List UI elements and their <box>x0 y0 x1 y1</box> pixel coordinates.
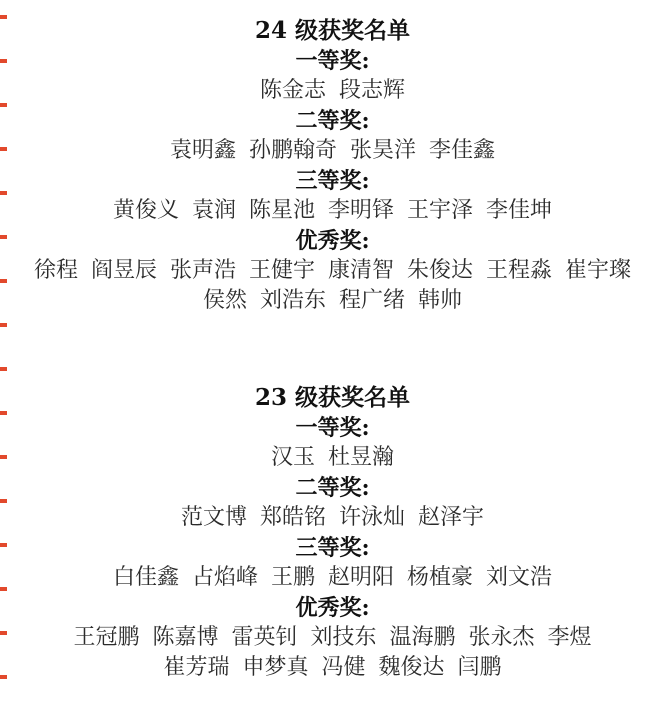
winner-names-line: 白佳鑫 占焰峰 王鹏 赵明阳 杨植豪 刘文浩 <box>0 563 665 593</box>
award-label-first-prize: 一等奖: <box>0 413 665 443</box>
award-label-excellence-prize: 优秀奖: <box>0 593 665 623</box>
award-label-second-prize: 二等奖: <box>0 473 665 503</box>
winner-names-line: 汉玉 杜昱瀚 <box>0 443 665 473</box>
award-group-first-prize: 一等奖: 陈金志 段志辉 <box>0 46 665 106</box>
winner-names-line: 陈金志 段志辉 <box>0 76 665 106</box>
award-label-second-prize: 二等奖: <box>0 106 665 136</box>
winner-names-line: 徐程 阎昱辰 张声浩 王健宇 康清智 朱俊达 王程淼 崔宇璨 <box>0 256 665 286</box>
section-grade-24: 24 级获奖名单 一等奖: 陈金志 段志辉 二等奖: 袁明鑫 孙鹏翰奇 张昊洋 … <box>0 16 665 316</box>
award-group-second-prize: 二等奖: 范文博 郑皓铭 许泳灿 赵泽宇 <box>0 473 665 533</box>
winner-names-line: 袁明鑫 孙鹏翰奇 张昊洋 李佳鑫 <box>0 136 665 166</box>
winner-names-line: 侯然 刘浩东 程广绪 韩帅 <box>0 286 665 316</box>
award-label-third-prize: 三等奖: <box>0 166 665 196</box>
award-label-excellence-prize: 优秀奖: <box>0 226 665 256</box>
award-group-first-prize: 一等奖: 汉玉 杜昱瀚 <box>0 413 665 473</box>
award-group-second-prize: 二等奖: 袁明鑫 孙鹏翰奇 张昊洋 李佳鑫 <box>0 106 665 166</box>
award-group-third-prize: 三等奖: 黄俊义 袁润 陈星池 李明铎 王宇泽 李佳坤 <box>0 166 665 226</box>
award-group-third-prize: 三等奖: 白佳鑫 占焰峰 王鹏 赵明阳 杨植豪 刘文浩 <box>0 533 665 593</box>
winner-names-line: 王冠鹏 陈嘉博 雷英钊 刘技东 温海鹏 张永杰 李煜 <box>0 623 665 653</box>
award-group-excellence-prize: 优秀奖: 徐程 阎昱辰 张声浩 王健宇 康清智 朱俊达 王程淼 崔宇璨 侯然 刘… <box>0 226 665 316</box>
winner-names-line: 范文博 郑皓铭 许泳灿 赵泽宇 <box>0 503 665 533</box>
section-title-grade-23: 23 级获奖名单 <box>0 383 665 413</box>
award-label-first-prize: 一等奖: <box>0 46 665 76</box>
winner-names-line: 黄俊义 袁润 陈星池 李明铎 王宇泽 李佳坤 <box>0 196 665 226</box>
award-list-document: 24 级获奖名单 一等奖: 陈金志 段志辉 二等奖: 袁明鑫 孙鹏翰奇 张昊洋 … <box>0 0 665 718</box>
award-label-third-prize: 三等奖: <box>0 533 665 563</box>
section-grade-23: 23 级获奖名单 一等奖: 汉玉 杜昱瀚 二等奖: 范文博 郑皓铭 许泳灿 赵泽… <box>0 383 665 683</box>
winner-names-line: 崔芳瑞 申梦真 冯健 魏俊达 闫鹏 <box>0 653 665 683</box>
award-group-excellence-prize: 优秀奖: 王冠鹏 陈嘉博 雷英钊 刘技东 温海鹏 张永杰 李煜 崔芳瑞 申梦真 … <box>0 593 665 683</box>
section-title-grade-24: 24 级获奖名单 <box>0 16 665 46</box>
